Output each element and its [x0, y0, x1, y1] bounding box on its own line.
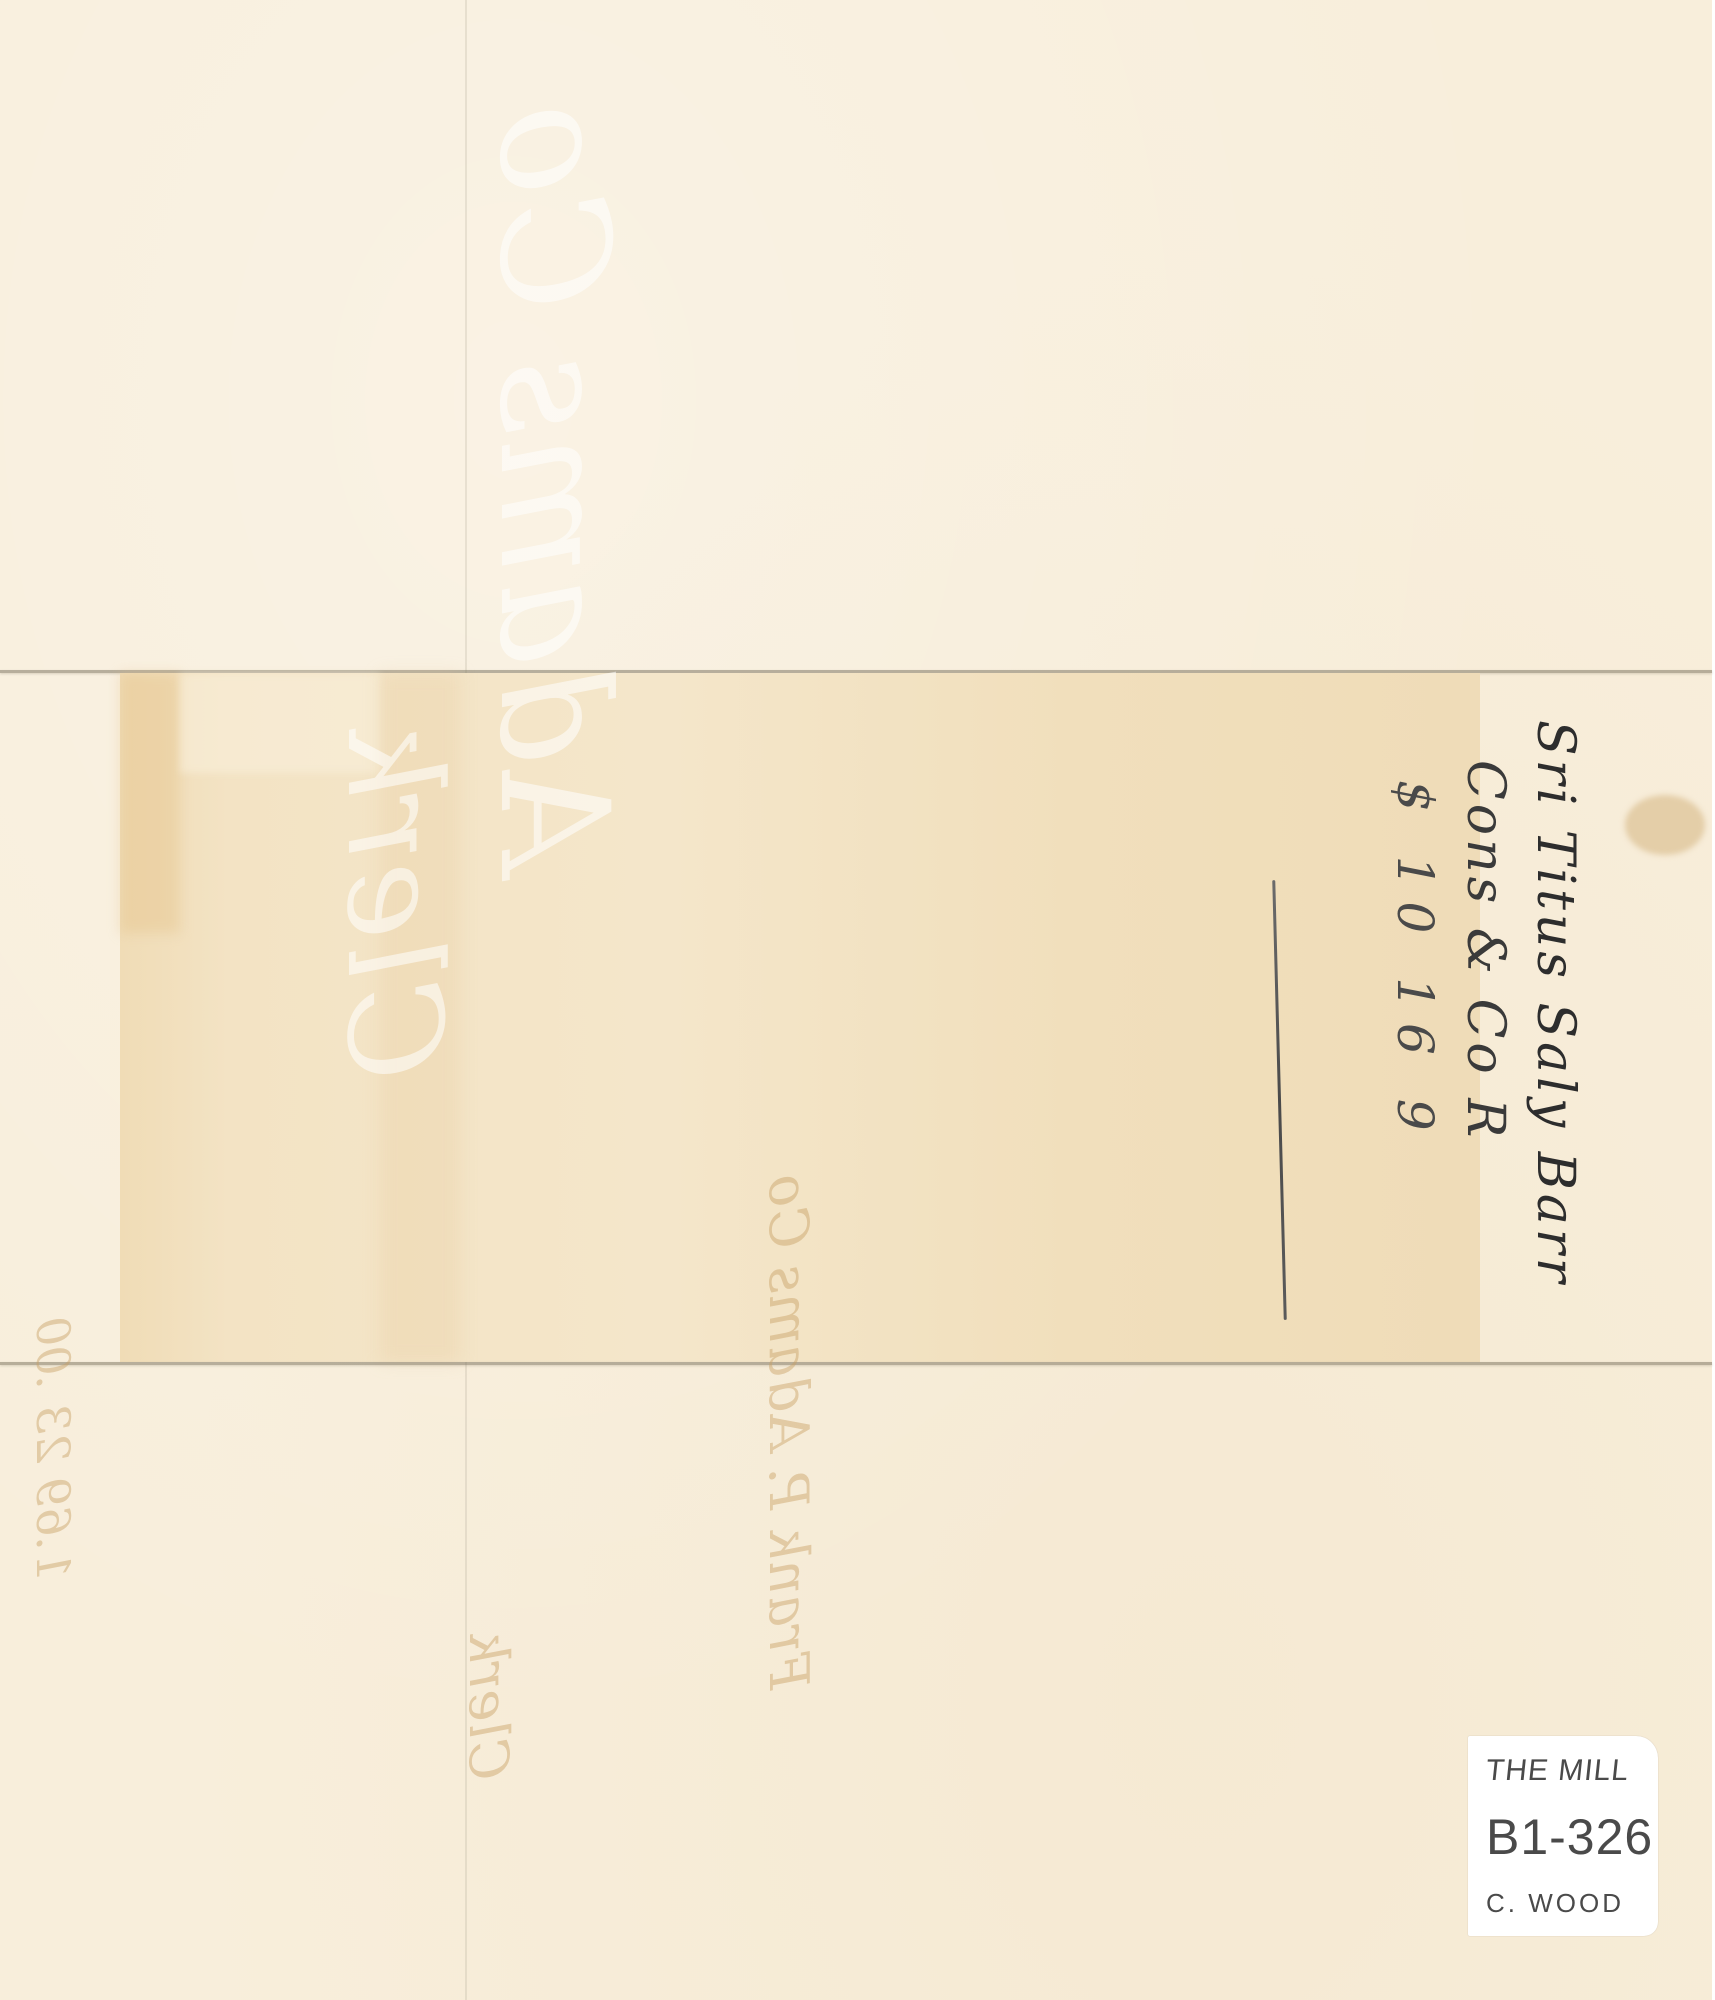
ghost-signature-name: Adams Co — [466, 104, 640, 870]
document-page: Adams Co Clerk Sri Titus Saly Barr Cons … — [0, 0, 1712, 2000]
docket-line-2: Cons & Co R — [1450, 720, 1520, 1287]
archive-label-donor: C. WOOD — [1486, 1888, 1624, 1919]
ghost-signature-clerk: Clerk — [318, 721, 470, 1080]
water-stain — [1625, 795, 1705, 855]
handwritten-docket: Sri Titus Saly Barr Cons & Co R $ 10 16 … — [1380, 720, 1590, 1287]
docket-line-1: Sri Titus Saly Barr — [1520, 720, 1590, 1287]
docket-line-3: $ 10 16 9 — [1380, 720, 1450, 1287]
archive-label-sticker: THE MILL B1-326 C. WOOD — [1468, 1736, 1658, 1936]
archive-label-id: B1-326 — [1486, 1808, 1653, 1866]
bleed-through-name: Frank P. Adams Co — [757, 1174, 820, 1690]
bleed-through-print-header — [665, 320, 700, 330]
archive-label-collection: THE MILL — [1484, 1754, 1631, 1788]
bleed-through-amount: 1.69 23 .00 — [26, 1317, 80, 1580]
bleed-through-clerk: Clerk — [457, 1631, 520, 1780]
fold-line-bottom — [0, 1362, 1712, 1365]
stain — [120, 673, 180, 933]
